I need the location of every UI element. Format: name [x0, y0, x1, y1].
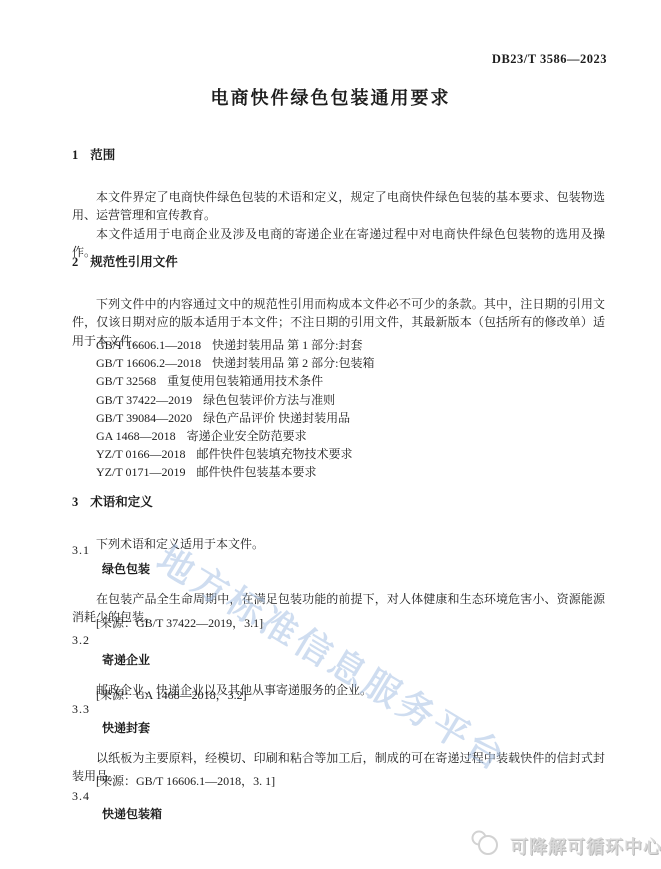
reference-code: GB/T 32568: [96, 374, 156, 388]
reference-code: GB/T 16606.2—2018: [96, 356, 201, 370]
reference-code: GB/T 16606.1—2018: [96, 338, 201, 352]
section-number: 3: [72, 495, 78, 509]
reference-item: GB/T 16606.2—2018快递封装用品 第 2 部分:包装箱: [72, 354, 605, 372]
reference-code: GB/T 37422—2019: [96, 393, 192, 407]
platform-watermark: 地方标准信息服务平台: [149, 532, 518, 782]
reference-title: 绿色产品评价 快递封装用品: [203, 411, 350, 425]
reference-title: 邮件快件包装填充物技术要求: [196, 447, 352, 461]
section-title: 术语和定义: [90, 495, 153, 509]
section-heading-normative-refs: 2规范性引用文件: [72, 252, 605, 270]
section-heading-scope: 1范围: [72, 145, 605, 163]
term-number: 3.4: [72, 789, 90, 804]
reference-title: 邮件快件包装基本要求: [196, 465, 316, 479]
document-page: DB23/T 3586—2023 电商快件绿色包装通用要求 1范围 本文件界定了…: [0, 0, 661, 869]
term-name: 寄递企业: [102, 651, 150, 668]
term-number: 3.1: [72, 543, 90, 558]
scope-paragraph-1: 本文件界定了电商快件绿色包装的术语和定义，规定了电商快件绿色包装的基本要求、包装…: [72, 188, 605, 225]
term-name: 快递包装箱: [102, 805, 162, 822]
footer-logo-text: 可降解可循环中心: [510, 833, 661, 859]
term-name: 快递封套: [102, 719, 150, 736]
section-title: 规范性引用文件: [90, 255, 178, 269]
reference-title: 快递封装用品 第 1 部分:封套: [212, 338, 362, 352]
recycle-logo-icon: [468, 828, 502, 863]
term-number: 3.2: [72, 633, 90, 648]
terms-intro: 下列术语和定义适用于本文件。: [72, 535, 605, 553]
term-name: 绿色包装: [102, 560, 150, 577]
reference-title: 重复使用包装箱通用技术条件: [167, 374, 323, 388]
term-number: 3.3: [72, 702, 90, 717]
doc-number: DB23/T 3586—2023: [492, 52, 607, 67]
reference-item: GB/T 16606.1—2018快递封装用品 第 1 部分:封套: [72, 336, 605, 354]
reference-code: GA 1468—2018: [96, 429, 176, 443]
reference-code: GB/T 39084—2020: [96, 411, 192, 425]
reference-item: GB/T 32568重复使用包装箱通用技术条件: [72, 372, 605, 390]
reference-title: 快递封装用品 第 2 部分:包装箱: [212, 356, 374, 370]
reference-item: GA 1468—2018寄递企业安全防范要求: [72, 427, 605, 445]
section-heading-terms: 3术语和定义: [72, 492, 605, 510]
reference-item: YZ/T 0166—2018邮件快件包装填充物技术要求: [72, 445, 605, 463]
term-source: [来源：GA 1468—2018，3.2]: [72, 686, 605, 703]
reference-code: YZ/T 0166—2018: [96, 447, 185, 461]
term-source: [来源：GB/T 37422—2019，3.1]: [72, 614, 605, 631]
doc-title: 电商快件绿色包装通用要求: [0, 84, 661, 110]
footer-logo: 可降解可循环中心: [468, 828, 661, 863]
reference-item: YZ/T 0171—2019邮件快件包装基本要求: [72, 463, 605, 481]
reference-item: GB/T 39084—2020绿色产品评价 快递封装用品: [72, 409, 605, 427]
section-number: 2: [72, 255, 78, 269]
term-source: [来源：GB/T 16606.1—2018，3. 1]: [72, 772, 605, 789]
reference-item: GB/T 37422—2019绿色包装评价方法与准则: [72, 391, 605, 409]
section-number: 1: [72, 148, 78, 162]
reference-title: 绿色包装评价方法与准则: [203, 393, 335, 407]
normative-refs-list: GB/T 16606.1—2018快递封装用品 第 1 部分:封套 GB/T 1…: [72, 336, 605, 482]
reference-code: YZ/T 0171—2019: [96, 465, 185, 479]
reference-title: 寄递企业安全防范要求: [187, 429, 307, 443]
section-title: 范围: [90, 148, 115, 162]
